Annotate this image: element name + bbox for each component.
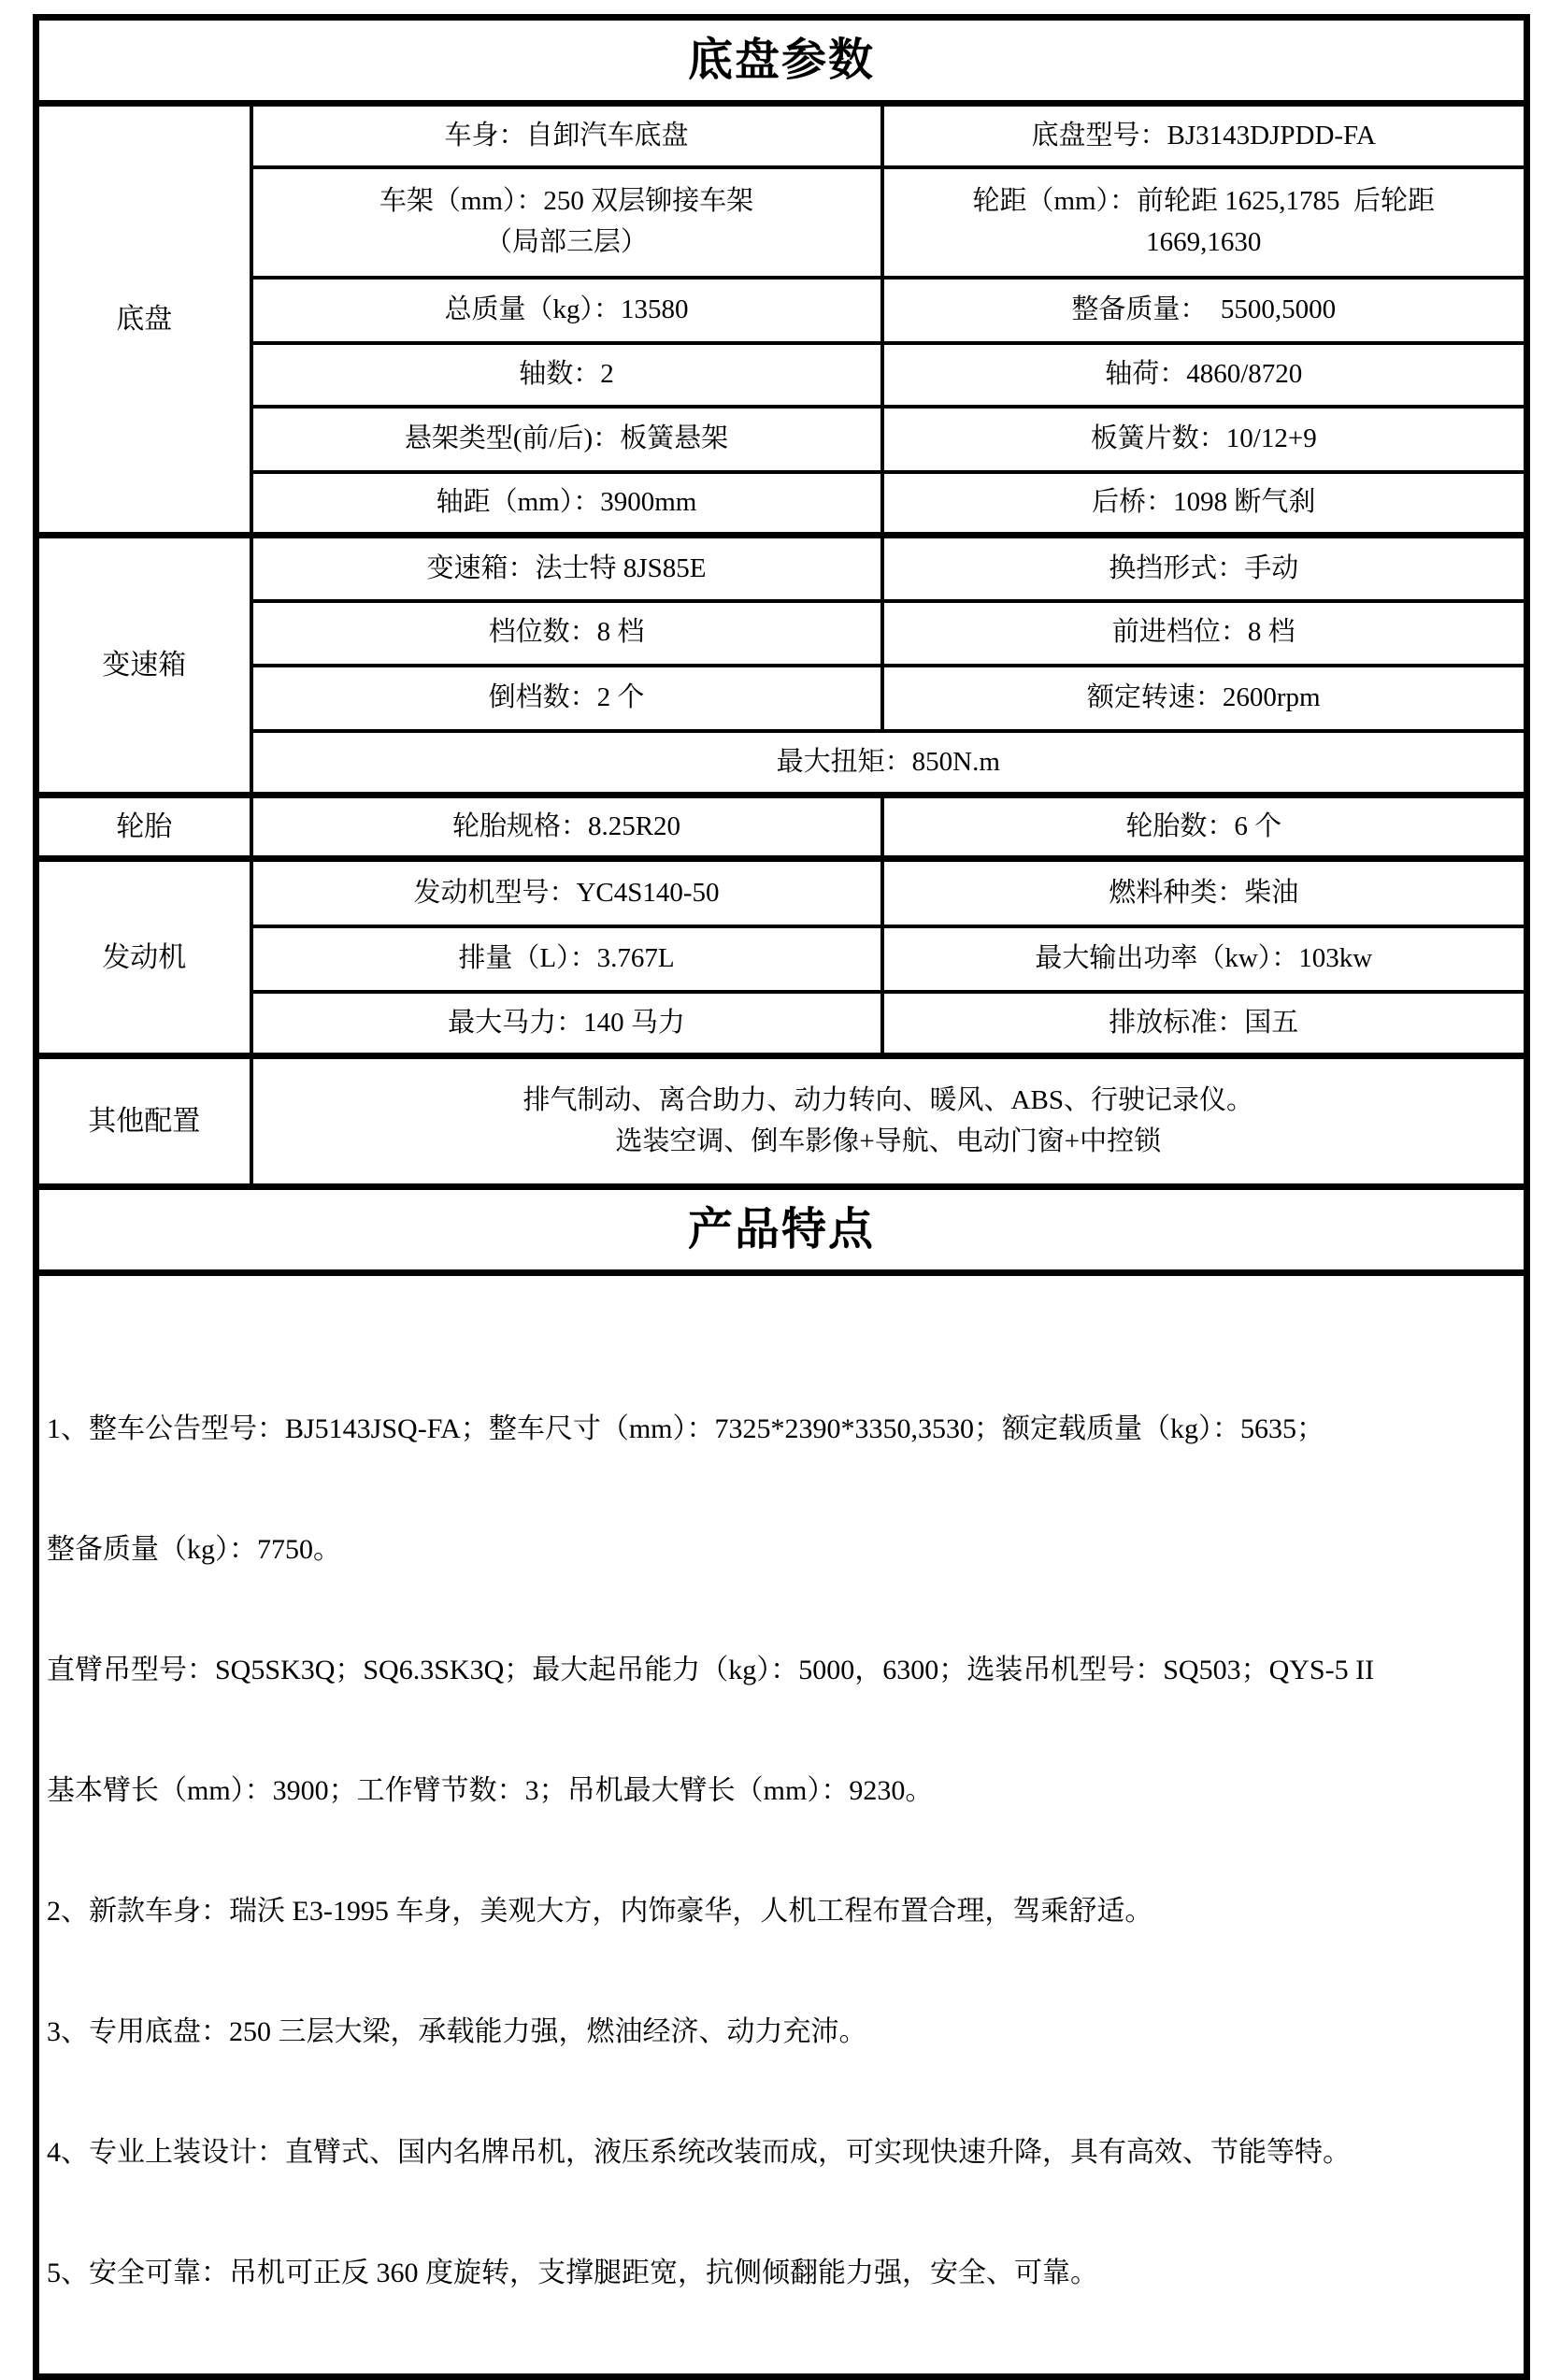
cell-leaf-spring-count: 板簧片数：10/12+9 (882, 407, 1527, 472)
feature-line: 基本臂长（mm）：3900；工作臂节数：3；吊机最大臂长（mm）：9230。 (47, 1771, 1514, 1811)
cell-axle-count: 轴数：2 (251, 343, 882, 407)
feature-line: 2、新款车身：瑞沃 E3-1995 车身，美观大方，内饰豪华，人机工程布置合理，… (47, 1891, 1514, 1931)
cell-max-torque: 最大扭矩：850N.m (251, 731, 1527, 796)
chassis-spec-table: 底盘参数 底盘 车身：自卸汽车底盘 底盘型号：BJ3143DJPDD-FA 车架… (33, 14, 1530, 2380)
cell-engine-model: 发动机型号：YC4S140-50 (251, 859, 882, 926)
cell-forward-gears: 前进档位：8 档 (882, 601, 1527, 666)
section-label-engine: 发动机 (36, 859, 251, 1056)
section-label-chassis: 底盘 (36, 104, 251, 536)
cell-max-horsepower: 最大马力：140 马力 (251, 992, 882, 1056)
product-features-text: 1、整车公告型号：BJ5143JSQ-FA；整车尺寸（mm）：7325*2390… (36, 1273, 1527, 2377)
cell-gearbox-model: 变速箱：法士特 8JS85E (251, 536, 882, 601)
cell-axle-load: 轴荷：4860/8720 (882, 343, 1527, 407)
cell-curb-weight: 整备质量： 5500,5000 (882, 278, 1527, 343)
cell-gross-weight: 总质量（kg）：13580 (251, 278, 882, 343)
chassis-params-title: 底盘参数 (36, 18, 1527, 104)
cell-rated-speed: 额定转速：2600rpm (882, 666, 1527, 731)
feature-line: 1、整车公告型号：BJ5143JSQ-FA；整车尺寸（mm）：7325*2390… (47, 1409, 1514, 1449)
cell-shift-type: 换挡形式：手动 (882, 536, 1527, 601)
cell-suspension-type: 悬架类型(前/后)：板簧悬架 (251, 407, 882, 472)
cell-other-config: 排气制动、离合助力、动力转向、暖风、ABS、行驶记录仪。 选装空调、倒车影像+导… (251, 1056, 1527, 1187)
cell-chassis-model: 底盘型号：BJ3143DJPDD-FA (882, 104, 1527, 167)
cell-gear-count: 档位数：8 档 (251, 601, 882, 666)
section-label-other-config: 其他配置 (36, 1056, 251, 1187)
feature-line: 整备质量（kg）：7750。 (47, 1529, 1514, 1570)
cell-wheelbase: 轴距（mm）：3900mm (251, 472, 882, 536)
product-features-title: 产品特点 (36, 1187, 1527, 1273)
cell-max-power: 最大输出功率（kw）：103kw (882, 926, 1527, 992)
section-label-tires: 轮胎 (36, 796, 251, 859)
cell-body-type: 车身：自卸汽车底盘 (251, 104, 882, 167)
cell-fuel-type: 燃料种类：柴油 (882, 859, 1527, 926)
cell-rear-axle: 后桥：1098 断气刹 (882, 472, 1527, 536)
cell-frame: 车架（mm）：250 双层铆接车架 （局部三层） (251, 167, 882, 278)
feature-line: 直臂吊型号：SQ5SK3Q；SQ6.3SK3Q；最大起吊能力（kg）：5000，… (47, 1650, 1514, 1690)
cell-emission-standard: 排放标准：国五 (882, 992, 1527, 1056)
section-label-gearbox: 变速箱 (36, 536, 251, 796)
spec-sheet-page: 底盘参数 底盘 车身：自卸汽车底盘 底盘型号：BJ3143DJPDD-FA 车架… (0, 0, 1546, 1743)
cell-tire-count: 轮胎数：6 个 (882, 796, 1527, 859)
cell-displacement: 排量（L）：3.767L (251, 926, 882, 992)
cell-tire-spec: 轮胎规格：8.25R20 (251, 796, 882, 859)
feature-line: 4、专业上装设计：直臂式、国内名牌吊机，液压系统改装而成，可实现快速升降，具有高… (47, 2132, 1514, 2172)
cell-wheel-track: 轮距（mm）：前轮距 1625,1785 后轮距 1669,1630 (882, 167, 1527, 278)
feature-line: 3、专用底盘：250 三层大梁，承载能力强，燃油经济、动力充沛。 (47, 2012, 1514, 2052)
feature-line: 5、安全可靠：吊机可正反 360 度旋转，支撑腿距宽，抗侧倾翻能力强，安全、可靠… (47, 2253, 1514, 2293)
cell-reverse-gears: 倒档数：2 个 (251, 666, 882, 731)
